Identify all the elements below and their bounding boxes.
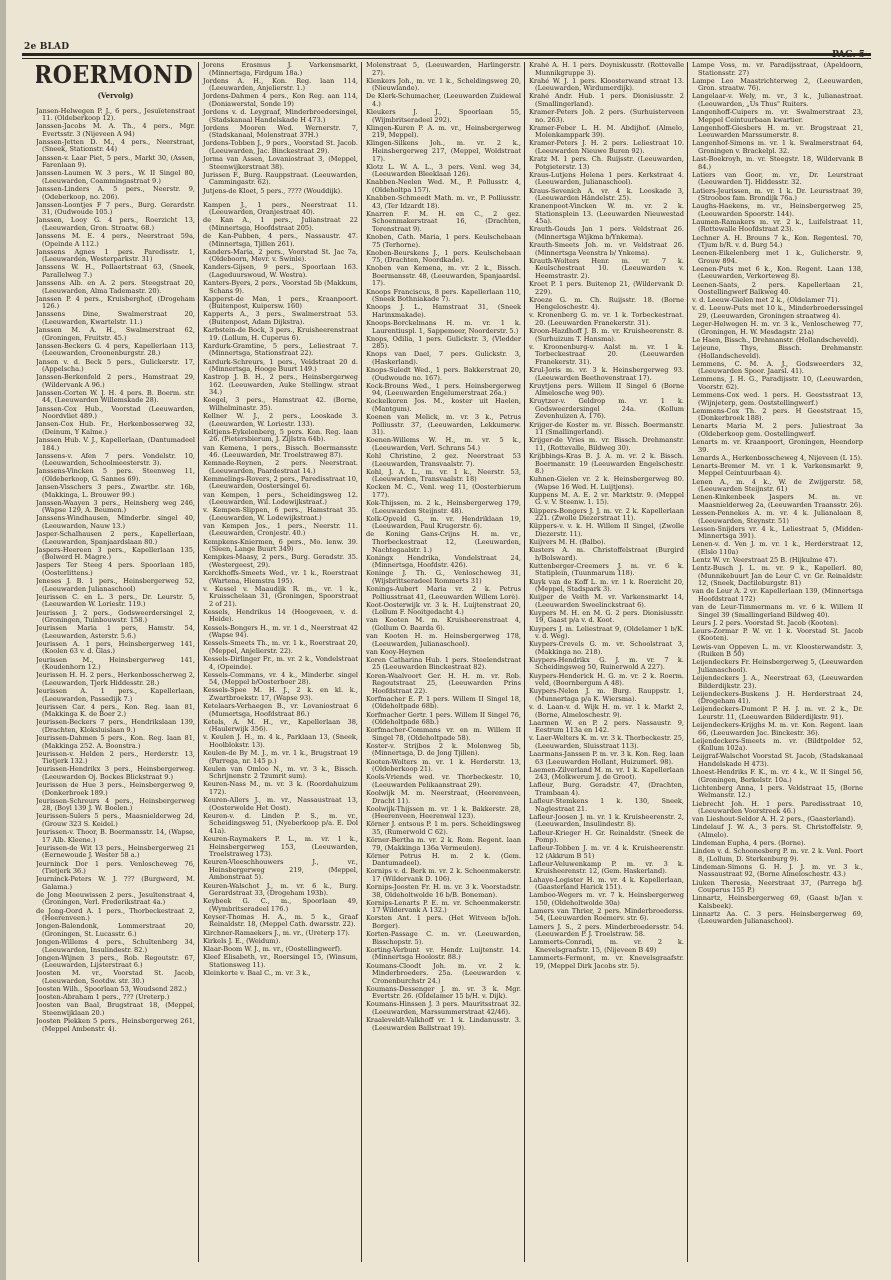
directory-entry: Lenarts Maria M. 2 pers. Juliestraat 3a …	[692, 423, 863, 438]
directory-entry: Leijgraf-Walschot Voorstad St. Jacob, (S…	[692, 753, 863, 768]
directory-entry: van de Leur A. 2 vr. Kapellerlaan 139, (…	[692, 588, 863, 603]
directory-entry: Lampe Voss, m. vr. Paradijsstraat, (Apel…	[692, 62, 863, 77]
directory-entry: Kessels-Spee M. H. J., 2 k. en kl. k., Z…	[203, 687, 358, 702]
directory-entry: Konings-Aubert Maria vr. 2 k. Petrus Pol…	[366, 586, 521, 601]
directory-entry: Janssens M. E. 4 pers., Neerstraat 59a, …	[36, 233, 195, 248]
directory-entry: Lewis-van Oppeven L. m. vr. Kloosterwand…	[692, 644, 863, 659]
directory-entry: Laumen-Ramakers m. vr. 2 k., Luifelstraa…	[692, 219, 863, 234]
directory-entry: Koumans-Hinssen J. 3 pers. Mauritsstraat…	[366, 1001, 521, 1016]
directory-entry: Linden v. d. Schoonesberg P. m. vr. 2 k.…	[692, 848, 863, 863]
directory-entry: Kramer-Peters J. H. 2 pers. Leliestraat …	[529, 140, 684, 155]
directory-entry: Kleukers J. J., Spoorlaan 55, (Wijmbrits…	[366, 109, 521, 124]
directory-entry: de Kan A., 1 pers., Julianstraat 22 (Min…	[203, 217, 358, 232]
directory-entry: Kolk-Opveld G., m. vr. Hendriklaan 19, (…	[366, 516, 521, 531]
directory-entry: v. Keulen J. H., m. 4 k., Parklaan 13, (…	[203, 734, 358, 749]
directory-entry: Jordens Mooren Wed. Wernerstr. 7, (Stads…	[203, 125, 358, 140]
directory-entry: Kraus-Sevenich A. vr. 4 k. Looskade 3, (…	[529, 188, 684, 203]
directory-entry: Kardurk-Gramtine, 5 pers., Leliestraat 7…	[203, 343, 358, 358]
city-title: ROERMOND	[36, 62, 195, 88]
directory-entry: Lampe Leo Maastrichterweg 2, (Leeuwarden…	[692, 78, 863, 93]
directory-entry: Kraaleveldt-Valkhoff vr. 1 k. Lindanusst…	[366, 1017, 521, 1032]
directory-entry: Janssen-Waayen 3 pers., Heinsberg weg 24…	[36, 500, 195, 515]
directory-entry: Kusters A. m. Christoffelstraat (Burgird…	[529, 547, 684, 562]
directory-entry: Lenarts-Bremer M. vr. 1 k. Varkensmarkt …	[692, 463, 863, 478]
directory-entry: de Jong Meeuwissen 2 pers., Jesuïtenstra…	[36, 892, 195, 907]
directory-entry: Jeurissen J. 2 pers., Godsweerdersingel …	[36, 610, 195, 625]
directory-entry: Kornips v. d. Berk m. vr. 2 k. Schoenmak…	[366, 868, 521, 883]
directory-entry: Janssen-Beckers G. 4 pers, Kapellerlaan …	[36, 343, 195, 358]
directory-entry: Janssen-Jetten D. M., 4 pers., Neerstraa…	[36, 139, 195, 154]
directory-entry: Kraus-Lutjens Helena 1 pers. Kerkstraat …	[529, 172, 684, 187]
directory-entry: Ketelaars-Verhaegen B., vr. Lovaniostraa…	[203, 703, 358, 718]
directory-entry: Kempkes-Maasy, 2 pers., Burg. Geradstr. …	[203, 554, 358, 569]
directory-entry: v. Kessel v. Maaudijk R. m., vr. 1 k., K…	[203, 586, 358, 609]
directory-entry: Latiers-Jeurissen, m. vr. 1 k. Dr. Leurs…	[692, 188, 863, 203]
directory-entry: Koren-Waalvoort Ger. H. H. m. vr. Rob. R…	[366, 673, 521, 696]
directory-entry: Knoben, Cath. Maria, 1 pers. Keulschebaa…	[366, 234, 521, 249]
directory-entry: Kroon-Hazdhoff J. B. m. vr. Kruisheerens…	[529, 328, 684, 343]
directory-entry: Kuhnen-Gielen vr. 2 k. Heinsbergerweg 80…	[529, 476, 684, 491]
directory-entry: Kuttenberger-Creemers J. m. vr. 6 k. Sta…	[529, 563, 684, 578]
directory-entry: Laughs-Haekens, m. vr., Heinsbergerweg 2…	[692, 203, 863, 218]
directory-entry: Liuken Theresia, Neerstraat 37, (Parrega…	[692, 880, 863, 895]
directory-entry: Keyser-Thomas H. A., m. 5 k., Graaf Rein…	[203, 914, 358, 929]
directory-entry: v. Kronenberg G. m. vr. 1 k. Torbeckestr…	[529, 312, 684, 327]
directory-entry: Langenhoff-Giesbers H. m. vr. Brugstraat…	[692, 125, 863, 140]
directory-entry: Kardurk-Schreurs, 1 pers., Veldstraat 20…	[203, 359, 358, 374]
directory-entry: Lessen-Pennekes A. m. vr. 4 k. Julianala…	[692, 510, 863, 525]
directory-entry: Lafleur-Tobben J. m. vr. 4 k. Kruisheere…	[529, 845, 684, 860]
directory-entry: Kockelkoren Jos. M., koster uit Haelen, …	[366, 398, 521, 413]
directory-entry: Janssens-v. Afen 7 pers. Vondelstr. 10, …	[36, 453, 195, 468]
entry-list: Molenstraat 5, (Leeuwarden, Harlingerstr…	[366, 62, 521, 1032]
directory-entry: Linnartz Aa. C. 3 pers. Heinsbergerweg 6…	[692, 911, 863, 926]
directory-entry: Kuijper de Veith M. vr. Varkensmarkt 14,…	[529, 594, 684, 609]
directory-entry: Jaspers-Heereen 3 pers., Kapellerlaan 13…	[36, 547, 195, 562]
section-label: 2e BLAD	[24, 42, 69, 52]
directory-entry: Joosten van Baal, Brugstraat 18, (Meppel…	[36, 1002, 195, 1017]
directory-entry: Küppers-Bongers J. J. m. vr. 2 k. Kapell…	[529, 508, 684, 523]
directory-entry: Janssen-Linders A. 5 pers., Neerstr. 9, …	[36, 186, 195, 201]
directory-entry: Kleinkorte v. Baal C., m. vr. 3 k.,	[203, 970, 358, 978]
directory-entry: Lejeune, Thys, Bissch. Drehmanstr. (Holl…	[692, 345, 863, 360]
directory-entry: Kroeze G. m. Ch. Ruijsstr. 18. (Borne He…	[529, 297, 684, 312]
directory-entry: Kastrop J. B. H., 2 pers., Heinsbergerwe…	[203, 374, 358, 397]
entry-list: Jansen-Helwegen P. J., 6 pers., Jesuïete…	[36, 108, 195, 1034]
directory-entry: Lhoest-Hendriks F. K., m. vr. 4 k., W. I…	[692, 769, 863, 784]
directory-entry: de Koning Gans-Crijns H. m. vr., Thorbec…	[366, 531, 521, 554]
directory-entry: v. Kempen-Slippen, 6 pers., Hamstraat 35…	[203, 507, 358, 522]
directory-entry: Keuren-Walschot J., m. vr. 6 k., Burg. G…	[203, 883, 358, 898]
directory-entry: Lafleur-Krieger H. Gr. Reinaldstr. (Snee…	[529, 830, 684, 845]
directory-entry: Janssen-Corten W. J. H. 4 pers. B. Boerm…	[36, 390, 195, 405]
directory-entry: Krauth-Gouds Jan 1 pers. Veldstraat 26. …	[529, 226, 684, 241]
directory-entry: van Kempen Jos., 1 pers., Neerstr. 11. (…	[203, 523, 358, 538]
directory-entry: Kranenpoot-Vincken W. m. vr. 2 k. Statio…	[529, 203, 684, 226]
directory-entry: Jeurissen-v. Helden 2 pers., Herderstr. …	[36, 751, 195, 766]
directory-entry: Jeurninck Dor 1 pers. Venloscheweg 76, (…	[36, 861, 195, 876]
directory-entry: Lindeman-Simons G. H. J. J. m. vr. 3 k.,…	[692, 864, 863, 879]
directory-entry: Jeurissen-v. Thoor, B. Boermansstr. 14, …	[36, 829, 195, 844]
directory-entry: Lemmens, J. H. G., Paradijsstr. 10, (Lee…	[692, 376, 863, 391]
directory-entry: Krahé Andr. Hub. 1 pers. Dionisiusstr. 2…	[529, 93, 684, 108]
directory-entry: Krauth-Smeets Joh. m. vr. Veldstraat 26.…	[529, 242, 684, 257]
directory-entry: Krijger-de Koster m. vr. Bissch. Boerman…	[529, 422, 684, 437]
directory-entry: Lessen-Snijders vr. 4 k., Leliestraat 5,…	[692, 526, 863, 541]
column-2: Jorens Erasmus J. Varkensmarkt, (Minnert…	[199, 62, 362, 1262]
entry-list: Krahé A. H. 1 pers. Doyniskusstr. (Rotte…	[529, 62, 684, 970]
directory-entry: van Kempen, 1 pers., Scheidingsweg 12. (…	[203, 492, 358, 507]
directory-entry: Keltjens-Eykelenberg, 5 pers. Kon. Reg. …	[203, 429, 358, 444]
directory-entry: Koot-Oosterwijk vr. 3 k. H. Luijtenstraa…	[366, 602, 521, 617]
directory-entry: Jeurissen-Sulers 5 pers., Maasnielderweg…	[36, 813, 195, 828]
directory-entry: Krijger-de Vries m. vr. Bissch. Drehmans…	[529, 437, 684, 452]
directory-entry: Knoben van Kemena, m. vr. 2 k., Bissch. …	[366, 265, 521, 288]
directory-entry: Koumans-Dessenger J. m. vr. 3 k. Mgr. Ev…	[366, 986, 521, 1001]
directory-entry: Korfmacher E. P. 1 pers. Willem II Singe…	[366, 696, 521, 711]
directory-entry: Ketels, A. M. H., vr., Kapellerlaan 38, …	[203, 719, 358, 734]
directory-entry: de Kan-Pubben, 4 pers., Nassaustr. 47. (…	[203, 233, 358, 248]
directory-entry: Knoops Franciscus, 8 pers. Kapellerlaan …	[366, 289, 521, 304]
directory-entry: Lammerts-Conradi, m. vr. 2 k. Knevelsgra…	[529, 939, 684, 954]
directory-entry: Leijendeckers-Dumont P. H. J. m. vr. 2 k…	[692, 706, 863, 721]
directory-entry: Jansen-Cox Hub. Fr., Herkenbosserweg 32,…	[36, 421, 195, 436]
directory-entry: Linnartz, Heinsbergerweg 69, (Gaast b/Ja…	[692, 895, 863, 910]
directory-entry: Leger-Helwegen H. m. vr. 3 k., Venlosche…	[692, 321, 863, 336]
directory-entry: Lichtenberg Anna, 1 pers. Veldstraat 15,…	[692, 785, 863, 800]
directory-entry: Kruytjens pers. Willem II Singel 6 (Born…	[529, 383, 684, 398]
directory-entry: Kanters-Byers, 2 pers., Voorstad 5b (Mak…	[203, 280, 358, 295]
directory-entry: Jeneses J. B. 1 pers., Heinsbergerweg 52…	[36, 578, 195, 593]
directory-entry: Janssen-Berkenfeld 2 pers., Hamstraat 29…	[36, 374, 195, 389]
directory-entry: Koolwijk M. m. Neerstraat, (Heerenveen, …	[366, 790, 521, 805]
directory-entry: Kratz M. 1 pers. Ch. Ruijsstr. (Leeuward…	[529, 156, 684, 171]
directory-entry: van Kooten M. m. Kruisheerenstraat 4, (G…	[366, 617, 521, 632]
directory-entry: Molenstraat 5, (Leeuwarden, Harlingerstr…	[366, 62, 521, 77]
directory-entry: Lamers van Thrier, 2 pers. Minderbroeder…	[529, 908, 684, 923]
directory-entry: Koenen-Willems W. H., m. vr. 5 k., (Leeu…	[366, 437, 521, 452]
directory-entry: Last-Boekroyh, m. vr. Steegstr. 18, Wild…	[692, 156, 863, 171]
directory-entry: Kessels-Commans, vr. 4 k., Minderbr. sin…	[203, 672, 358, 687]
directory-entry: Janssen-Cox Hub., Voorstad (Leeuwarden, …	[36, 406, 195, 421]
directory-entry: Koolwijk-Thijssen m. vr. 1 k. Bakkerstr.…	[366, 806, 521, 821]
directory-entry: Korting-Verbunt vr. Hendr. Luijtenstr. 1…	[366, 947, 521, 962]
directory-entry: Jordens v. d. Leygraaf, Minderbroedersin…	[203, 109, 358, 124]
directory-entry: Knabben-Schmeedt Math. m. vr., P. Polliu…	[366, 195, 521, 210]
directory-entry: v. Laer-Welters K. m. vr. 3 k. Thorbecke…	[529, 735, 684, 750]
directory-entry: Jeurissen Maria 1 pers, Hamstr. 54, (Lee…	[36, 625, 195, 640]
directory-entry: Janssen-Loontjes F 7 pers., Burg. Gerard…	[36, 202, 195, 217]
directory-entry: Knoops-Borckelmans H. m. vr. 1 k. Lauren…	[366, 320, 521, 335]
directory-entry: Keegel, 3 pers., Hamstraat 42. (Borne, W…	[203, 397, 358, 412]
directory-entry: Leijendeckers J. A., Neerstraat 63, (Lee…	[692, 675, 863, 690]
directory-entry: Kok-Thijssen, m. 2 k., Heinsbergerweg 17…	[366, 500, 521, 515]
directory-entry: Knops, Odilia, 1 pers. Gulickstr. 3, (Vl…	[366, 336, 521, 351]
directory-entry: Kessels-Bongers H., m. vr. 1 d., Neerstr…	[203, 625, 358, 640]
directory-entry: Krauth-Wolters Henr. m. vr. 7 k. Keulsch…	[529, 258, 684, 281]
directory-entry: Kemmelings-Rovers, 2 pers., Paredisstraa…	[203, 476, 358, 491]
directory-entry: Kramer-Feber L. H. M. Abdijhof. (Almelo,…	[529, 125, 684, 140]
directory-entry: Krahé W. J. 1 pers. Kloosterwand straat …	[529, 78, 684, 93]
directory-entry: Jeurissen-de Wit 13 pers., Heinsbergerwe…	[36, 845, 195, 860]
directory-entry: Kellner W. J., 2 pers., Looskade 3. (Lee…	[203, 413, 358, 428]
directory-entry: Lafleur-Stemkens 1 k. 130, Sneek, Nagles…	[529, 798, 684, 813]
directory-entry: Karbstein-de Bock, 3 pers., Kruisheerens…	[203, 327, 358, 342]
directory-entry: Leijendeckers-Buskens J. H. Herderstraat…	[692, 691, 863, 706]
directory-entry: Kornips-Lenarts P. E. m. vr. Schoenmaker…	[366, 900, 521, 915]
directory-entry: Jordens-Dahmen 4 pers., Kon Reg. aan 114…	[203, 93, 358, 108]
directory-entry: Janssens Agnes 1 pers. Paredisstr. 1, (L…	[36, 249, 195, 264]
directory-entry: Jeurissen de Hue 3 pers., Heinsbergerweg…	[36, 782, 195, 797]
directory-entry: Lamers J. S., 2 pers. Minderbroedersstr.…	[529, 924, 684, 939]
directory-entry: Kock-Brouns Wed., 1 pers. Heinsbergerweg…	[366, 383, 521, 398]
directory-entry: van Kemena, 1 pers., Bissch. Boermansstr…	[203, 445, 358, 460]
directory-entry: Klenkers Joh., m. vr. 1 k., Scheldingswe…	[366, 78, 521, 93]
directory-entry: Lemmens-Cox wed. 1 pers. H. Geestsstraat…	[692, 392, 863, 407]
directory-entry: Jordens A. H., Kon. Reg. laan 114, (Leeu…	[203, 78, 358, 93]
directory-entry: Kuyk van de Koff L. m. vr. 1 k. Roerzich…	[529, 579, 684, 594]
directory-entry: Lenen-Kinkenbeek Jaspers M. m. vr. Maasn…	[692, 494, 863, 509]
directory-entry: Körner J. entsous P. 1 m. pers. Scheidin…	[366, 821, 521, 836]
directory-entry: Keybeek G. C., m., Spoorlaan 49, (Wymbri…	[203, 898, 358, 913]
directory-entry: Korfmacher Gertr. 1 pers. Willem II Sing…	[366, 712, 521, 727]
directory-entry: Leijendeckers Fr. Heinsbergerweg 5, (Lee…	[692, 659, 863, 674]
directory-entry: Janssens Dine, Swalmerstraat 20, (Leeuwa…	[36, 311, 195, 326]
directory-entry: Jeurissen-Hendrikx 3 pers., Heinsbergerw…	[36, 766, 195, 781]
directory-entry: Krijbbings-Kras B. J. A. m. vr. 2 k. Bis…	[529, 453, 684, 476]
directory-entry: Jeurissen-Schreurs 4 pers., Heinsbergerw…	[36, 798, 195, 813]
directory-entry: Laemen-Zilverland M. m. vr. 1 k. Kapelle…	[529, 767, 684, 782]
directory-entry: Lemmens, C. M. A. J., Godsweerders 32, (…	[692, 361, 863, 376]
directory-entry: de Jong-Oord A. 1 pers., Thorbeckestraat…	[36, 908, 195, 923]
directory-entry: Janssen M. A. H., Swalmerstraat 62, (Gro…	[36, 327, 195, 342]
entry-list: Jorens Erasmus J. Varkensmarkt, (Minnert…	[203, 62, 358, 977]
directory-entry: Kooten-Wolters m. vr. 1 k. Herderstr. 13…	[366, 759, 521, 774]
directory-entry: Jeurissen Car. 4 pers., Kon. Reg. laan 8…	[36, 704, 195, 719]
directory-entry: Koningx Hendrika, Vondelstraat 24, (Minn…	[366, 555, 521, 570]
directory-entry: Korfmacher-Commans vr. en m. Willem II S…	[366, 727, 521, 742]
directory-entry: Knoops J. L., Hamstraat 31, (Sneek Harin…	[366, 304, 521, 319]
entry-list: Lampe Voss, m. vr. Paradijsstraat, (Apel…	[692, 62, 863, 926]
directory-entry: Keuren-Vleeschhouwers J., vr., Heinsberg…	[203, 859, 358, 882]
directory-entry: van de Leur-Timmermans m. vr. 6 k. Wille…	[692, 604, 863, 619]
directory-entry: Lafleur, Burg. Geradstr. 47, (Drachten, …	[529, 782, 684, 797]
directory-entry: Langelaar-v. Wely, m. vr., 3 k., Juliana…	[692, 93, 863, 108]
directory-entry: Jutjens-de Kloet, 5 pers., ???? (Wouddij…	[203, 188, 358, 196]
directory-entry: Koster-v. Strijbos 2 k. Molenweg 5b, (Mi…	[366, 743, 521, 758]
directory-entry: Kuypers-Nelen J. m. Burg. Rauppstr. 1, (…	[529, 688, 684, 703]
directory-entry: Korten-Passage C. m. vr. (Leeuwarden, Bi…	[366, 931, 521, 946]
directory-entry: van Kooten H. m. Heinsbergerweg 178, (Le…	[366, 633, 521, 648]
directory-entry: v. Kroonenburg-v. Aalst m. vr. 1 k. Torb…	[529, 344, 684, 367]
directory-entry: Lenarts m. vr. Kraanpoort, Groningen, He…	[692, 439, 863, 454]
directory-entry: Kanders-Gijsen, 9 pers., Spoorlaan 163. …	[203, 264, 358, 279]
directory-entry: Keuren-Raymakers P. L., m. vr. 1 k., Hei…	[203, 836, 358, 859]
directory-entry: Joosten M. vr., Voorstad St. Jacob, (Lee…	[36, 970, 195, 985]
directory-entry: Janssen, Looy G. 4 pers., Roerzicht 13, …	[36, 217, 195, 232]
directory-entry: Keuren-v. d. Linden P. S., m. vr., Schei…	[203, 813, 358, 836]
directory-entry: Knoben-Beurskens J., 1 pers. Keulschebaa…	[366, 250, 521, 265]
directory-entry: Körner Petrus H. m. 2 k. (Gem. Dantumade…	[366, 853, 521, 868]
directory-entry: Jeurninck-Peters W. J. ??? (Burgwerd, M.…	[36, 876, 195, 891]
column-1: ROERMOND (Vervolg) Jansen-Helwegen P. J.…	[36, 62, 199, 1262]
directory-entry: Janssen P. 4 pers., Kruisberghof, (Droge…	[36, 296, 195, 311]
directory-entry: Laarmen W. en P. 2 pers. Nassaustr. 9, E…	[529, 720, 684, 735]
directory-entry: Leenen-Saats, 2 pers. Kapellerlaan 21, O…	[692, 282, 863, 297]
directory-entry: Lindelauf J. W. A., 3 pers. St. Christof…	[692, 824, 863, 839]
directory-entry: Kornips-Joosten Fr. H. m. vr. 3 k. Voors…	[366, 884, 521, 899]
directory-entry: Kemnade-Reynen, 2 pers. Neerstraat. (Lee…	[203, 460, 358, 475]
directory-entry: Liebrecht Joh. H. 1 pers. Paredisstraat …	[692, 801, 863, 816]
directory-entry: Knops-Suledt Wed., 1 pers. Bakkerstraat …	[366, 367, 521, 382]
directory-entry: Lemmens-Cox Th. 2 pers. H Geeststraat 15…	[692, 408, 863, 423]
directory-entry: Kroet P. 1 pers. Buitenop 21, (Wildervan…	[529, 281, 684, 296]
directory-entry: Janssen-Laumen W. 3 pers., W. II Singel …	[36, 170, 195, 185]
directory-entry: Kuypers M. H. en M. G. 2 pers. Dionisius…	[529, 610, 684, 625]
directory-entry: Klotz L. W. A. L., 3 pers. Venl. weg 34,…	[366, 164, 521, 179]
directory-entry: Latiers van Goor, m. vr., Dr. Leurstraat…	[692, 172, 863, 187]
directory-entry: Küppers-v. v. k. H. Willem II Singel, (Z…	[529, 523, 684, 538]
directory-entry: Klingen-Silkens Joh., m. vr. 2 k., Heins…	[366, 140, 521, 163]
directory-entry: Lamboo-Wegers m. vr. 7 k. Heinsbergerweg…	[529, 892, 684, 907]
directory-entry: Lahaye-Logister H. m. vr. 4 k. Kapellerl…	[529, 877, 684, 892]
directory-entry: Janssens Alb. en A. 2 pers. Steegstraat …	[36, 280, 195, 295]
directory-entry: Kuypers-Henderick H. G. m. vr. 2 k. Roer…	[529, 673, 684, 688]
directory-entry: Lafleur-Joosen J. m. vr. 1 k. Kruisheere…	[529, 814, 684, 829]
directory-entry: Koumans-Cloodt Joh. m. vr. 2 k. Minderbr…	[366, 963, 521, 986]
directory-entry: Jeurissen-Beckers 7 pers., Hendrikslaan …	[36, 719, 195, 734]
directory-entry: Kampen J., 1 pers., Neerstraat 11. (Leeu…	[203, 202, 358, 217]
column-4: Krahé A. H. 1 pers. Doyniskusstr. (Rotte…	[525, 62, 688, 1262]
directory-entry: Kuypers J. m. Leliestraat 9, (Oldelamer …	[529, 626, 684, 641]
page-edge	[0, 0, 6, 1280]
directory-entry: Krahé A. H. 1 pers. Doyniskusstr. (Rotte…	[529, 62, 684, 77]
directory-entry: Leurs-Zormar P. W. vr. 1 k. Voorstad St.…	[692, 628, 863, 643]
directory-entry: Leijendeckers-Smeets m. vr. (Bildtpolder…	[692, 738, 863, 753]
directory-entry: Jongen-Balendonk, Lommerstraat 20, (Gron…	[36, 923, 195, 938]
directory-entry: Jorens Erasmus J. Varkensmarkt, (Minnert…	[203, 62, 358, 77]
directory-entry: Kleef Elisabeth, vr., Roersingel 15, (Wi…	[203, 954, 358, 969]
directory-entry: Kramer-Peters Joh. 2 pers. (Surhuisterve…	[529, 109, 684, 124]
directory-entry: Kempkens-Kniermen, 6 pers., Mo. lenw. 39…	[203, 539, 358, 554]
directory-entry: Keulen van Omloo N., m. vr. 3 k., Bissch…	[203, 766, 358, 781]
directory-entry: Leijendeckers-Krijghs M. m. vr. Kon. Reg…	[692, 722, 863, 737]
directory-entry: Klingen-Kuren P. A. m. vr., Heinsbergerw…	[366, 125, 521, 140]
directory-entry: Kruytzer-v. Geldrop m. vr. 1 k. Godsweer…	[529, 398, 684, 421]
directory-entry: Lammerts-Fermont, m. vr. Knevelsgraafstr…	[529, 955, 684, 970]
directory-entry: Jansen-Helwegen P. J., 6 pers., Jesuïete…	[36, 108, 195, 123]
directory-entry: Koren Catharina Hub. 1 pers. Steelendstr…	[366, 657, 521, 672]
directory-entry: Kapperst-de Man, 1 pers., Kraanpoort. (B…	[203, 296, 358, 311]
directory-entry: Jordens-Tobben J., 9 pers., Voorstad St.…	[203, 140, 358, 155]
directory-entry: Jasper-Schalhausen 2 pers., Kapellerlaan…	[36, 531, 195, 546]
directory-entry: Knabben-Neelen Wed. M., P. Pollusstr. 4,…	[366, 179, 521, 194]
directory-entry: Kapperts A., 3 pers., Swalmerstraat 53. …	[203, 311, 358, 326]
directory-entry: Keuren-Allers J., m. vr., Nassaustraat 1…	[203, 797, 358, 812]
continued-label: (Vervolg)	[36, 92, 195, 100]
header-rule	[22, 53, 871, 59]
directory-entry: Janssens-Vincken 5 pers. Steenweg 11, (O…	[36, 468, 195, 483]
directory-entry: v. d. Leeuw-Puts met 10 k., Minderbroede…	[692, 305, 863, 320]
directory-entry: Keulen-de By M. J., m. vr. 1 k., Brugstr…	[203, 750, 358, 765]
directory-entry: Lafleur-Veluwenkamp P. m. vr. 3 k. Kruis…	[529, 861, 684, 876]
directory-entry: Kuppens M. A. E. 2 vr. Marktstr. 9. (Mep…	[529, 492, 684, 507]
directory-entry: Körner-Bertha m. vr. 2 k. Rom. Regent. l…	[366, 837, 521, 852]
directory-entry: Kessels-Smeets Th., m. vr. 1 k., Roerstr…	[203, 640, 358, 655]
directory-entry: Knarren F. M. H. en C., 2 gez. Schoenmak…	[366, 211, 521, 234]
directory-entry: Koninge J. Th. G., Venloscheweg 31, (Wij…	[366, 570, 521, 585]
directory-entry: Leenen-Eikelenberg met 1 k., Gulicherstr…	[692, 250, 863, 265]
directory-entry: v. d. Laan-v. d. Wijk H. m. vr. 1 k. Mar…	[529, 704, 684, 719]
directory-entry: Joosten Piekken 5 pers., Heinsbergerweg …	[36, 1018, 195, 1033]
directory-entry: Korsten Ant. 1 pers. (Het Witveen b/Joh.…	[366, 915, 521, 930]
newspaper-page: 2e BLAD PAG. 5 ROERMOND (Vervolg) Jansen…	[0, 0, 891, 1280]
directory-entry: Jeurissen H. H. 2 pers., Herkenbosscherw…	[36, 672, 195, 687]
directory-entry: Janssen-Jacobs M. A. Th., 4 pers., Mgr. …	[36, 123, 195, 138]
directory-entry: Jeurissen A. 1 pers., Kapellerlaan, (Lee…	[36, 688, 195, 703]
directory-entry: Leenen-Puts met 6 k., Kon. Regent. Laan …	[692, 266, 863, 281]
directory-entry: Jaspers Ter Steeg 4 pers. Spoorlaan 185,…	[36, 562, 195, 577]
directory-entry: De Klerk-Schumacher, (Leeuwarden Zuidewa…	[366, 93, 521, 108]
directory-entry: Jeurissen C. en L. 3 pers., Dr. Leurstr.…	[36, 594, 195, 609]
directory-entry: Kuypers-Crevels G. m. vr. Schoolstraat 3…	[529, 641, 684, 656]
directory-entry: Kuypers-Hendrikx G. J. m. vr. 7 k. Schei…	[529, 657, 684, 672]
directory-entry: Kanders-Maria, 2 pers., Voorstad St. Jac…	[203, 249, 358, 264]
directory-entry: Kocken M. C., Venl. weg 11, (Oosterbieru…	[366, 484, 521, 499]
directory-entry: Jurissen F., Burg. Rauppstraat. (Leeuwar…	[203, 172, 358, 187]
directory-entry: Knops van Dael, 7 pers. Gulickstr. 3, (H…	[366, 351, 521, 366]
directory-entry: Janssen Hub. V. J., Kapellerlaan, (Dantu…	[36, 437, 195, 452]
directory-entry: Keuren-Nass M., m. vr. 3 k. (Roordahuizu…	[203, 781, 358, 796]
directory-entry: Jansen v. d. Beck 5 pers., Gulickerstr. …	[36, 359, 195, 374]
directory-entry: Langenhof-Simons m. vr. 1 k. Swalmerstra…	[692, 140, 863, 155]
directory-entry: Jongen-Wijnen 3 pers., Rob. Regoutstr. 6…	[36, 955, 195, 970]
directory-entry: Jorma van Assen, Lovaniostraat 3, (Meppe…	[203, 156, 358, 171]
directory-entry: Jeurissen M., Heinsbergerweg 141, (Koude…	[36, 657, 195, 672]
directory-entry: Langenhoff-Cuipers m. vr. Swalmerstraat …	[692, 109, 863, 124]
directory-entry: Jansen-Visschers 3 pers., Zwartbr. str. …	[36, 484, 195, 499]
directory-entry: Lenen-v. d. Ven J. m. vr. 1 k., Herderst…	[692, 541, 863, 556]
directory-entry: Jeurissen-Dahmen 5 pers., Kon. Reg. laan…	[36, 735, 195, 750]
directory-entry: Jongen-Willems 4 pers., Schultenberg 34,…	[36, 939, 195, 954]
directory-entry: Koenen van Melick, m. vr. 3 k., Petrus P…	[366, 414, 521, 437]
directory-entry: Janssens W. H., Pollaertstraat 63, (Snee…	[36, 264, 195, 279]
directory-entry: Kessels-Dirlinger Fr., m. vr. 2 k., Vond…	[203, 656, 358, 671]
directory-entry: Krul-Joris m. vr. 3 k. Heinsbergerweg 93…	[529, 367, 684, 382]
directory-entry: Kessels, Hendrikus 14 (Hoogeveen, v. d. …	[203, 609, 358, 624]
directory-entry: Kools-Vriends wed. vr. Thorbeckestr. 10,…	[366, 774, 521, 789]
column-5: Lampe Voss, m. vr. Paradijsstraat, (Apel…	[688, 62, 866, 1262]
column-3: Molenstraat 5, (Leeuwarden, Harlingerstr…	[362, 62, 525, 1262]
directory-entry: Janssens-Windhausen, Minderbr. singel 40…	[36, 515, 195, 530]
directory-entry: Kerckhoffs-Smeets Wed., vr. 1 k., Roerst…	[203, 570, 358, 585]
directory-entry: Janssen-v. Laar Piet, 5 pers., Markt 30,…	[36, 155, 195, 170]
directory-entry: Lentz-Busch J. L. m. vr. 9 k., Kapellerl…	[692, 565, 863, 588]
directory-entry: Lenen A., m. 4 k., W. de Zwijgerstr. 58,…	[692, 479, 863, 494]
directory-columns: ROERMOND (Vervolg) Jansen-Helwegen P. J.…	[36, 62, 871, 1262]
directory-entry: Lechner A. H. Brouns 7 k., Kon. Regentes…	[692, 235, 863, 250]
directory-entry: Jeurissen A. 1 pers, Heinsbergerweg 141,…	[36, 641, 195, 656]
page-number: PAG. 5	[832, 50, 865, 60]
directory-entry: Laarmans-Janssen P. m. vr. 3 k. Kon. Reg…	[529, 751, 684, 766]
directory-entry: Kohl, J. A. L., m. vr. 1 k., Neerstr. 53…	[366, 469, 521, 484]
directory-entry: Kohl Christine, 2 gez. Neerstraat 53 (Le…	[366, 453, 521, 468]
